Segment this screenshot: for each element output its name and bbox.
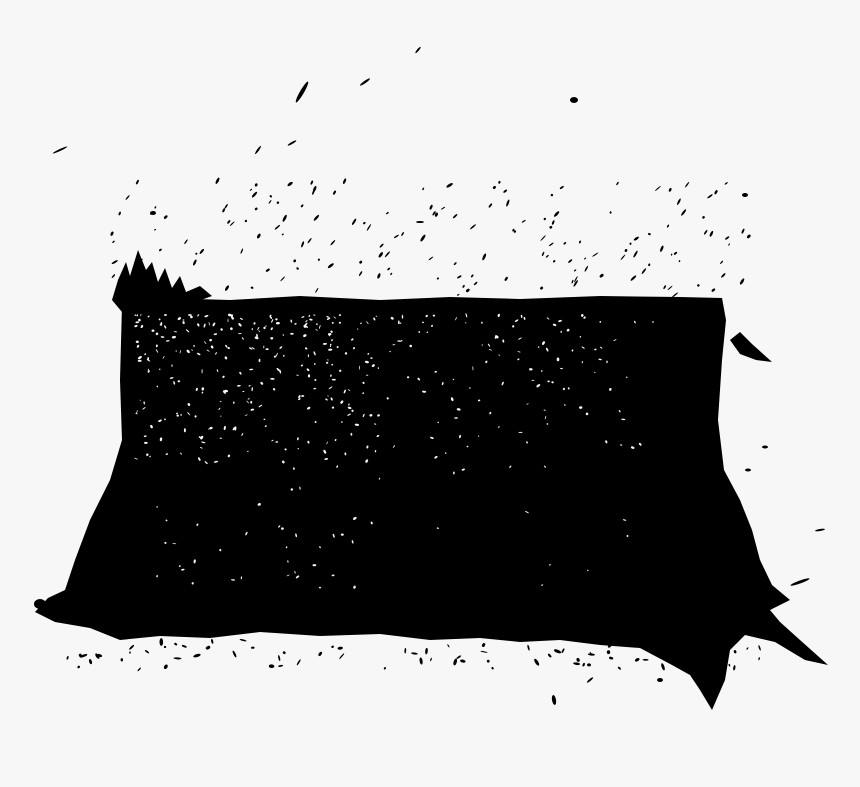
ink-splatter-canvas [0,0,860,787]
